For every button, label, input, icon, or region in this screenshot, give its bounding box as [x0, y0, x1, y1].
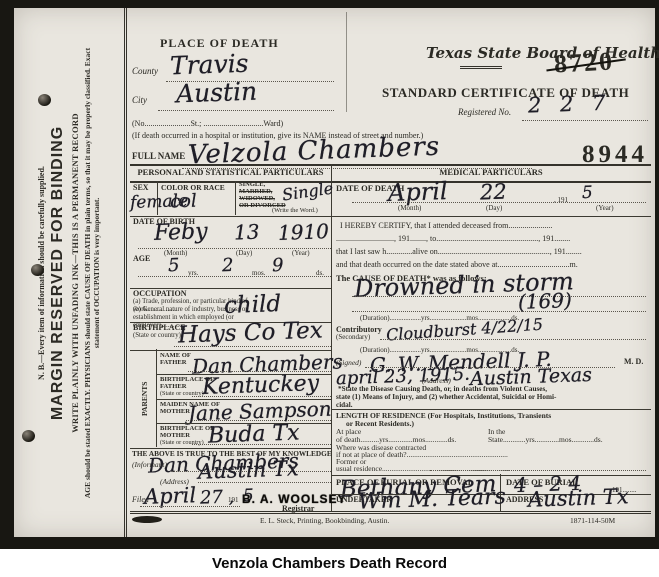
cause-line-2 — [352, 310, 646, 312]
mother-name-line — [186, 419, 331, 421]
mother-birthplace-line — [192, 443, 331, 445]
marital-single: SINGLE, — [239, 181, 265, 188]
city-label: City — [132, 95, 147, 105]
margin-subtitle: WRITE PLAINLY WITH UNFADING INK—THIS IS … — [70, 113, 80, 433]
birthplace-value: Hays Co Tex — [178, 317, 324, 348]
certify-line-1: I HEREBY CERTIFY, that I attended deceas… — [340, 221, 552, 230]
scanned-death-certificate: N. B.—Every item of information should b… — [0, 0, 659, 577]
secondary-label: (Secondary) — [336, 333, 370, 341]
ornament — [132, 516, 162, 523]
informant-address-value: Austin Tx — [198, 456, 299, 483]
cause-line-1 — [352, 295, 646, 297]
dob-day-value: 13 — [234, 220, 260, 245]
street-ward-line: (No.......................St.; .........… — [132, 119, 283, 128]
dob-year-value: 1910 — [278, 219, 330, 245]
age-ds-unit: ds. — [316, 269, 324, 277]
age-days-value: 9 — [272, 255, 284, 276]
footnote-line-2: state (1) Means of Injury, and (2) wheth… — [336, 393, 556, 401]
binding-hole-middle — [31, 264, 44, 276]
birthplace-note: (State or country) — [133, 332, 181, 339]
color-cell-divider — [235, 181, 237, 215]
registered-no-value: 2 2 7 — [528, 91, 612, 118]
dod-day-sub: (Day) — [486, 204, 502, 212]
md-label: M. D. — [624, 357, 643, 366]
medical-row-line-1 — [331, 215, 651, 217]
certificate-bottom-rule — [130, 511, 651, 514]
binding-hole-top — [38, 94, 51, 106]
color-race-value: col — [170, 191, 197, 213]
medical-section-title: MEDICAL PARTICULARS — [331, 167, 651, 177]
certify-line-2: ............................., 191......… — [336, 234, 570, 243]
sex-label: SEX — [133, 183, 149, 192]
board-rule — [460, 66, 502, 69]
age-line — [138, 275, 331, 277]
age-months-value: 2 — [222, 255, 234, 276]
signed-label: (Signed) — [336, 358, 361, 367]
informant-address-line — [198, 481, 331, 483]
registered-no-label: Registered No. — [458, 107, 511, 117]
contributory-line — [380, 338, 646, 340]
dod-month-sub: (Month) — [398, 204, 421, 212]
parents-label: PARENTS — [140, 382, 149, 416]
age-label: AGE — [133, 254, 150, 263]
form-number: 1871-114-50M — [570, 516, 615, 525]
city-value: Austin — [176, 77, 258, 109]
binding-hole-bottom — [22, 430, 35, 442]
city-line — [158, 109, 334, 111]
dob-year-sub: (Year) — [292, 249, 310, 257]
signed-address-label: (Address) — [422, 376, 451, 385]
county-label: County — [132, 66, 158, 76]
stamp-number: 8720 — [553, 46, 614, 79]
certificate-paper: N. B.—Every item of information should b… — [14, 8, 655, 537]
binding-margin: N. B.—Every item of information should b… — [14, 8, 127, 537]
dob-month-value: Feby — [154, 219, 208, 246]
county-value: Travis — [170, 49, 249, 81]
certificate-body: PLACE OF DEATH County Travis City Austin… — [130, 8, 652, 537]
state-line: State............yrs.............mos....… — [488, 435, 603, 444]
printer-credit: E. L. Steck, Printing, Bookbinding, Aust… — [260, 516, 389, 525]
full-name-label: FULL NAME — [132, 151, 185, 161]
dod-year-sub: (Year) — [596, 204, 614, 212]
marital-married: MARRIED, — [239, 188, 272, 195]
margin-note-rest: AGE should be stated EXACTLY. PHYSICIANS… — [83, 38, 102, 508]
scan-background: N. B.—Every item of information should b… — [0, 0, 659, 549]
registered-no-line — [522, 119, 648, 121]
informant-label: (Informant) — [132, 460, 167, 469]
header-divider-line — [346, 12, 348, 112]
marital-widowed: WIDOWED, — [239, 195, 275, 202]
filed-year-printed: 191 — [228, 496, 239, 504]
footnote-line-1: *State the Disease Causing Death, or, in… — [338, 385, 547, 393]
age-years-value: 5 — [168, 255, 180, 276]
margin-title: MARGIN RESERVED FOR BINDING — [49, 125, 67, 419]
residence-top-line — [331, 408, 651, 410]
undertaker-address-value: Austin Tx — [528, 484, 629, 511]
certify-line-3: that I last saw h.............alive on..… — [336, 247, 582, 256]
residence-extra-line — [430, 469, 646, 471]
caption: Venzola Chambers Death Record — [0, 549, 659, 577]
personal-section-title: PERSONAL AND STATISTICAL PARTICULARS — [130, 167, 331, 177]
age-mos-unit: mos. — [252, 269, 265, 277]
occupation-label: OCCUPATION — [133, 289, 186, 298]
dob-day-sub: (Day) — [236, 249, 252, 257]
occupation-value: child — [224, 291, 282, 319]
marital-note: (Write the Word.) — [272, 207, 318, 214]
age-yrs-unit: yrs. — [188, 269, 198, 277]
dod-line — [352, 201, 646, 203]
birthplace-line — [174, 345, 331, 347]
filed-line — [140, 505, 240, 507]
